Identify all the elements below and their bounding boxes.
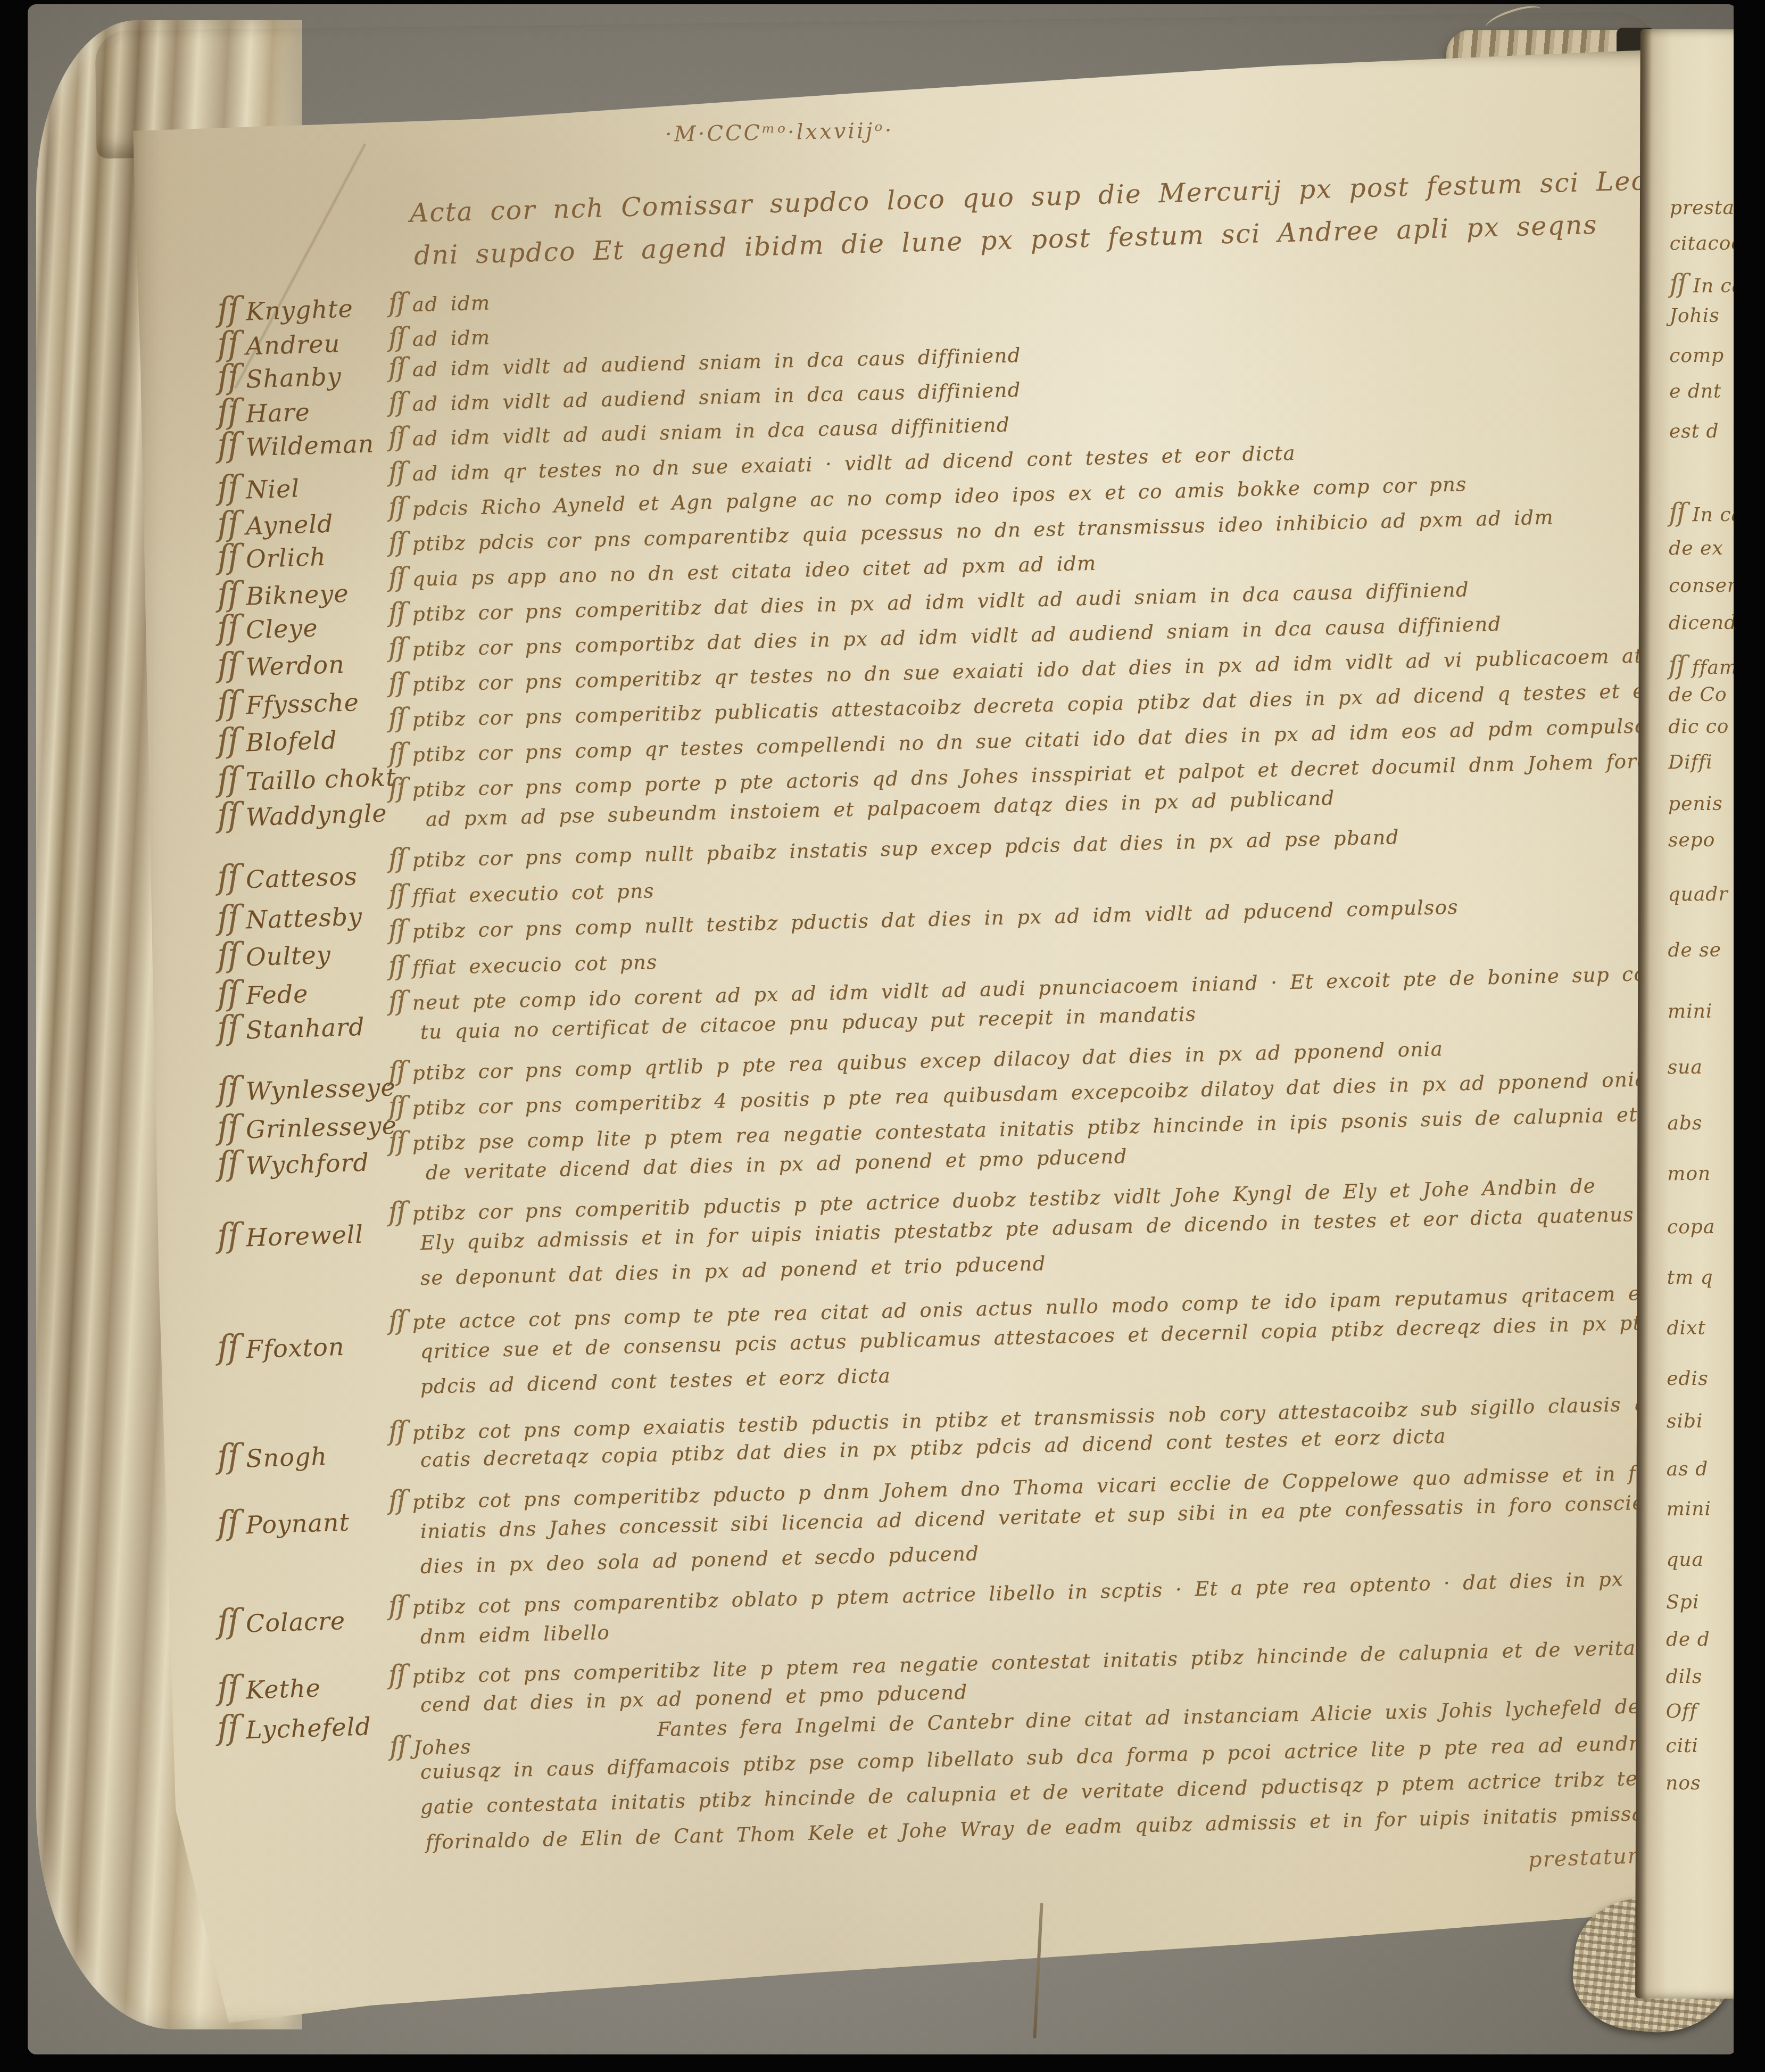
- facing-fragment: de d: [1666, 1629, 1710, 1651]
- facing-fragment: sibi: [1667, 1410, 1703, 1432]
- facing-fragment: Off: [1665, 1700, 1697, 1722]
- facing-fragment: sua: [1668, 1056, 1703, 1078]
- facing-fragment: abs: [1667, 1112, 1702, 1134]
- facing-fragment: est d: [1669, 420, 1719, 443]
- facing-fragment: as d: [1667, 1458, 1709, 1480]
- facing-fragment: dils: [1666, 1666, 1703, 1688]
- facing-fragment: tm q: [1667, 1267, 1713, 1289]
- facing-fragment: de ex: [1669, 538, 1723, 560]
- facing-fragment: mini: [1668, 1001, 1713, 1023]
- facing-fragment: prestat: [1670, 197, 1739, 219]
- facing-fragment: de se: [1668, 939, 1721, 962]
- facing-fragment: penis: [1668, 793, 1723, 815]
- facing-fragment: de Co: [1668, 684, 1727, 706]
- facing-fragment: ſſIn cau: [1669, 498, 1739, 528]
- paraph-mark: ſſ: [1669, 650, 1685, 680]
- facing-fragment: mini: [1666, 1498, 1711, 1521]
- facing-fragment: Johis: [1669, 305, 1720, 327]
- facing-fragment: Spi: [1666, 1591, 1699, 1613]
- facing-page-strip: prestatcitacoeſſIn cauJohiscompe dntest …: [1635, 29, 1739, 1999]
- facing-fragment: citacoe: [1670, 233, 1739, 255]
- facing-fragment: citi: [1665, 1735, 1698, 1757]
- facing-fragment: ſſffam: [1669, 650, 1738, 681]
- facing-fragment: qua: [1666, 1549, 1704, 1571]
- facing-fragment: dixt: [1667, 1317, 1706, 1339]
- paraph-mark: ſſ: [1669, 498, 1685, 527]
- facing-fragment: Diffi: [1668, 752, 1713, 774]
- facing-fragment: copa: [1667, 1216, 1716, 1239]
- photo-frame-edge: [1734, 0, 1765, 2072]
- facing-fragment: mon: [1667, 1163, 1711, 1185]
- facing-fragment: e dnt: [1669, 381, 1722, 403]
- parchment-page: [133, 48, 1655, 2025]
- paraph-mark: ſſ: [1669, 269, 1685, 299]
- facing-fragment: nos: [1665, 1772, 1701, 1794]
- facing-fragment: ſſIn cau: [1669, 269, 1739, 299]
- manuscript-photo: ·M·CCCᵐᵒ·lxxviijᵒ· Acta cor nch Comissar…: [0, 0, 1765, 2072]
- facing-fragment: quadr: [1668, 884, 1728, 906]
- facing-fragment: edis: [1667, 1368, 1709, 1390]
- facing-fragment: sepo: [1668, 829, 1716, 852]
- facing-fragment: comp: [1669, 345, 1724, 367]
- folio-number: ·M·CCCᵐᵒ·lxxviijᵒ·: [665, 118, 894, 146]
- facing-fragment: dic co: [1668, 716, 1729, 738]
- catchword: prestatur: [1528, 1844, 1639, 1872]
- facing-fragment: dicend: [1669, 612, 1737, 634]
- facing-fragment: consen: [1669, 575, 1739, 597]
